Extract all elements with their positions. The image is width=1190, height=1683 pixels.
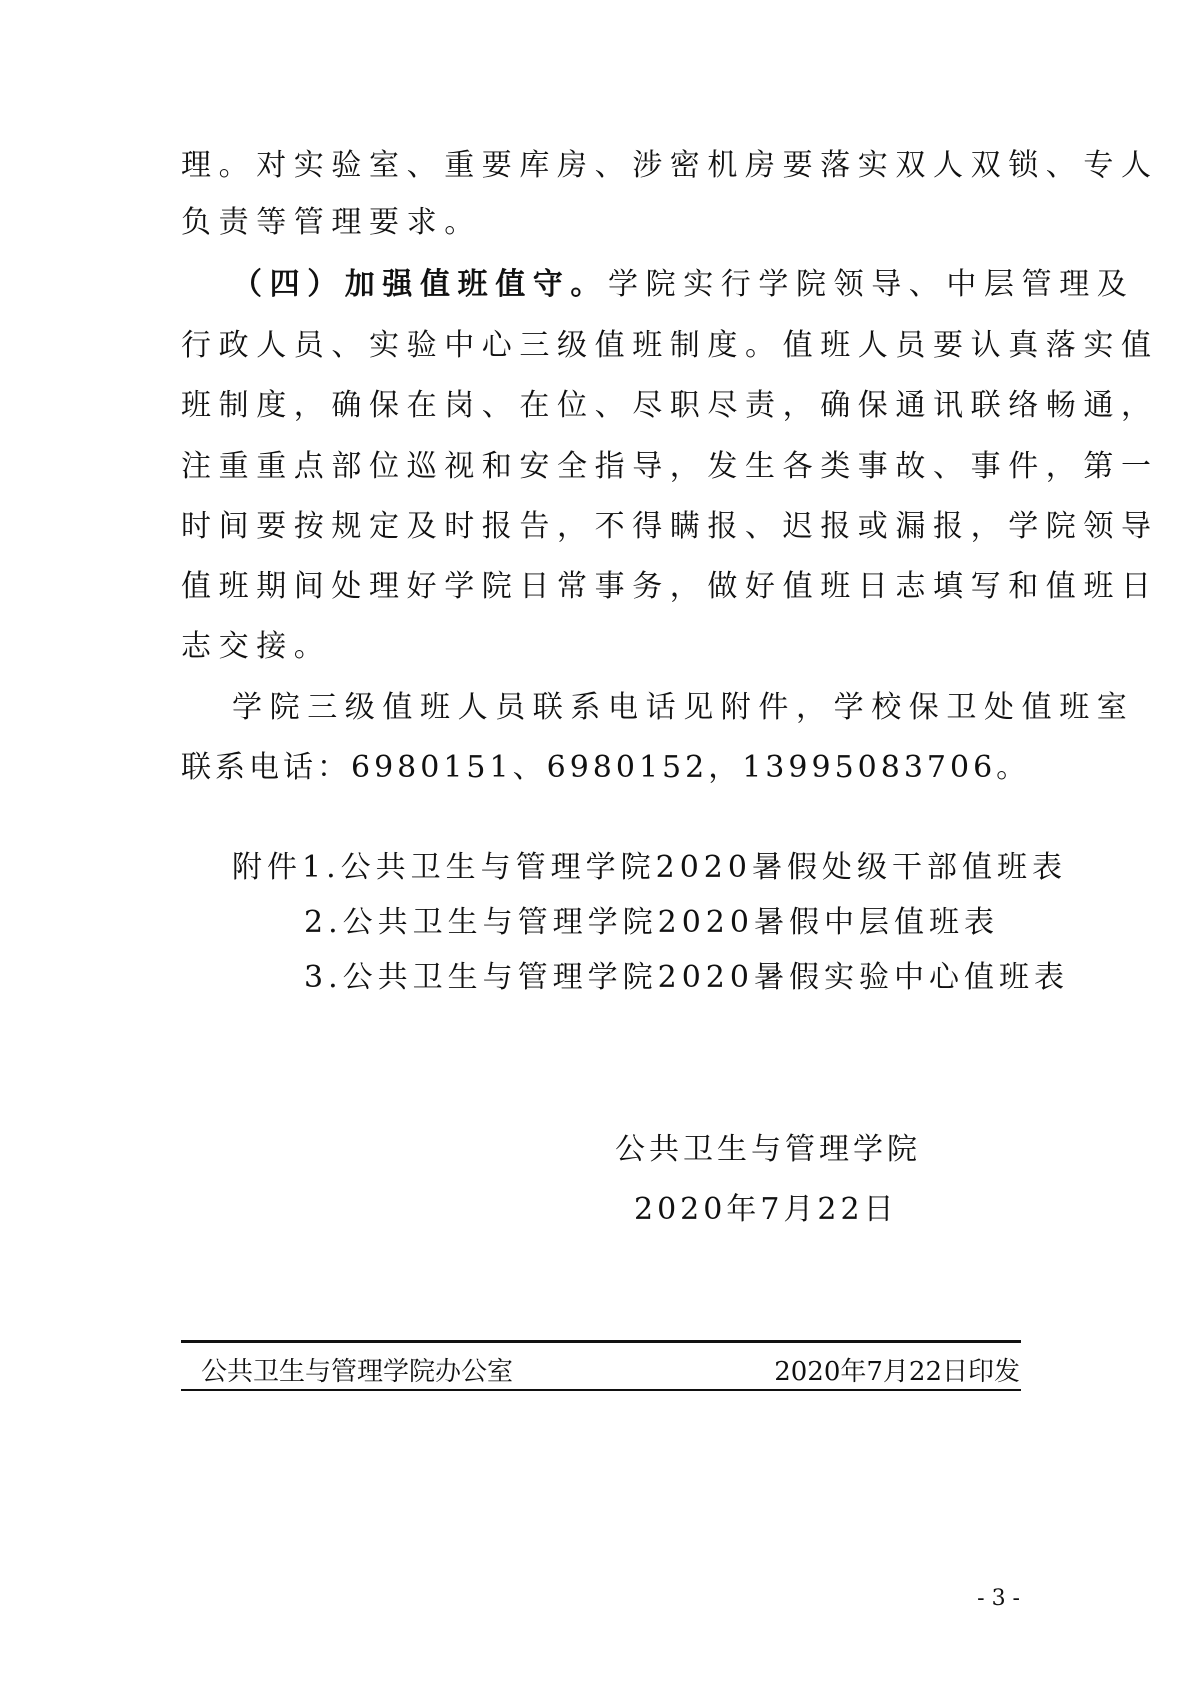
- attachment-2: 2.公共卫生与管理学院2020暑假中层值班表: [304, 903, 999, 943]
- contact-phones: 联系电话：6980151、6980152，13995083706。: [181, 748, 1021, 788]
- attachment-1: 附件1.公共卫生与管理学院2020暑假处级干部值班表: [232, 848, 1067, 888]
- section-4-heading: （四）加强值班值守。: [232, 267, 608, 302]
- footer-issued-date: 2020年7月22日印发: [774, 1356, 1020, 1388]
- signature-org: 公共卫生与管理学院: [615, 1130, 921, 1170]
- attachment-item: 1.公共卫生与管理学院2020暑假处级干部值班表: [302, 850, 1067, 885]
- body-line: 志交接。: [181, 627, 1021, 667]
- signature-date: 2020年7月22日: [634, 1190, 898, 1230]
- body-line: 值班期间处理好学院日常事务，做好值班日志填写和值班日: [181, 567, 1021, 607]
- attachment-prefix: 附件: [232, 850, 302, 885]
- body-line: 行政人员、实验中心三级值班制度。值班人员要认真落实值: [181, 326, 1021, 366]
- page-number: - 3 -: [977, 1586, 1020, 1611]
- footer-top-rule: [181, 1340, 1021, 1343]
- section-4-paragraph: （四）加强值班值守。学院实行学院领导、中层管理及: [232, 265, 1022, 305]
- body-line: 负责等管理要求。: [181, 203, 1021, 243]
- attachment-3: 3.公共卫生与管理学院2020暑假实验中心值班表: [304, 958, 1069, 998]
- body-line: 注重重点部位巡视和安全指导，发生各类事故、事件，第一: [181, 447, 1021, 487]
- section-4-text: 学院实行学院领导、中层管理及: [608, 267, 1134, 302]
- footer-issuer: 公共卫生与管理学院办公室: [201, 1356, 513, 1388]
- contact-paragraph: 学院三级值班人员联系电话见附件，学校保卫处值班室: [232, 688, 1022, 728]
- body-line: 时间要按规定及时报告，不得瞒报、迟报或漏报，学院领导: [181, 507, 1021, 547]
- footer-bottom-rule: [181, 1389, 1021, 1391]
- body-line: 班制度，确保在岗、在位、尽职尽责，确保通讯联络畅通，: [181, 386, 1021, 426]
- body-line: 理。对实验室、重要库房、涉密机房要落实双人双锁、专人: [181, 146, 1021, 186]
